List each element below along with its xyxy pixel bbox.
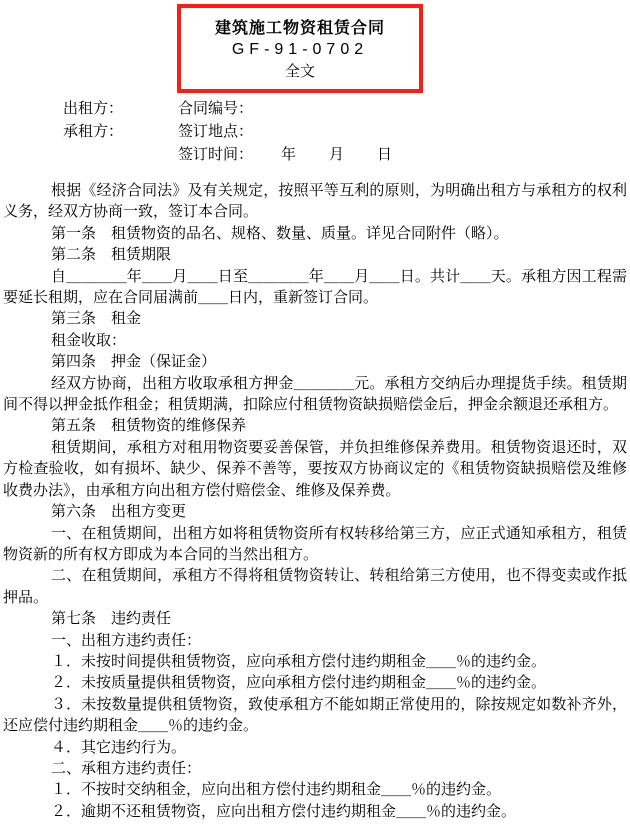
year-label: 年	[281, 143, 296, 166]
contract-paragraph: 二、在租赁期间，承租方不得将租赁物资转让、转租给第三方使用，也不得变卖或作抵押品…	[3, 565, 627, 608]
contract-paragraph: １．不按时交纳租金，应向出租方偿付违约期租金＿＿％的违约金。	[3, 779, 627, 800]
contract-paragraph: ２．未按质量提供租赁物资，应向承租方偿付违约期租金＿＿％的违约金。	[3, 672, 627, 693]
contract-paragraph: 第五条 租赁物资的维修保养	[3, 415, 627, 436]
contract-paragraph: １．未按时间提供租赁物资，应向承租方偿付违约期租金＿＿％的违约金。	[3, 651, 627, 672]
contract-paragraph: 第六条 出租方变更	[3, 501, 627, 522]
contract-paragraph: 一、出租方违约责任：	[3, 630, 627, 651]
contract-subtitle: 全文	[181, 61, 419, 82]
sign-place-label: 签订地点：	[178, 120, 253, 143]
contract-form-code: GF-91-0702	[181, 39, 419, 61]
header-row-2: 承租方：签订地点：	[0, 120, 630, 143]
contract-no-label: 合同编号：	[178, 97, 253, 120]
contract-paragraph: 根据《经济合同法》及有关规定，按照平等互利的原则，为明确出租方与承租方的权利义务…	[3, 180, 627, 223]
contract-paragraph: 第七条 违约责任	[3, 608, 627, 629]
contract-body: 根据《经济合同法》及有关规定，按照平等互利的原则，为明确出租方与承租方的权利义务…	[3, 180, 627, 822]
sign-time-label: 签订时间：	[178, 143, 253, 166]
lessor-label: 出租方：	[63, 97, 178, 120]
contract-paragraph: ３．未按数量提供租赁物资，致使承租方不能如期正常使用的，除按规定如数补齐外，还应…	[3, 694, 627, 737]
contract-paragraph: 租赁期间，承租方对租用物资要妥善保管，并负担维修保养费用。租赁物资退还时，双方检…	[3, 437, 627, 501]
contract-paragraph: 一、在租赁期间，出租方如将租赁物资所有权转移给第三方，应正式通知承租方，租赁物资…	[3, 523, 627, 566]
day-label: 日	[377, 143, 392, 166]
contract-paragraph: 经双方协商，出租方收取承租方押金＿＿＿＿元。承租方交纳后办理提货手续。租赁期间不…	[3, 373, 627, 416]
contract-paragraph: 二、承租方违约责任：	[3, 758, 627, 779]
contract-paragraph: 第一条 租赁物资的品名、规格、数量、质量。详见合同附件（略）。	[3, 223, 627, 244]
lessee-label: 承租方：	[63, 120, 178, 143]
month-label: 月	[329, 143, 344, 166]
contract-header-fields: 出租方：合同编号： 承租方：签订地点： 签订时间：年月日	[0, 97, 630, 166]
contract-paragraph: ４．其它违约行为。	[3, 737, 627, 758]
header-row-3: 签订时间：年月日	[0, 143, 630, 166]
contract-paragraph: ２．逾期不还租赁物资，应向出租方偿付违约期租金＿＿％的违约金。	[3, 801, 627, 822]
contract-paragraph: 自＿＿＿＿年＿＿月＿＿日至＿＿＿＿年＿＿月＿＿日。共计＿＿天。承租方因工程需要延…	[3, 266, 627, 309]
contract-paragraph: 租金收取：	[3, 330, 627, 351]
contract-paragraph: 第三条 租金	[3, 308, 627, 329]
contract-document-page: 建筑施工物资租赁合同 GF-91-0702 全文 出租方：合同编号： 承租方：签…	[0, 0, 630, 840]
contract-title: 建筑施工物资租赁合同	[181, 18, 419, 39]
contract-paragraph: 第二条 租赁期限	[3, 244, 627, 265]
contract-title-box: 建筑施工物资租赁合同 GF-91-0702 全文	[177, 4, 423, 93]
contract-paragraph: 第四条 押金（保证金）	[3, 351, 627, 372]
header-row-1: 出租方：合同编号：	[0, 97, 630, 120]
